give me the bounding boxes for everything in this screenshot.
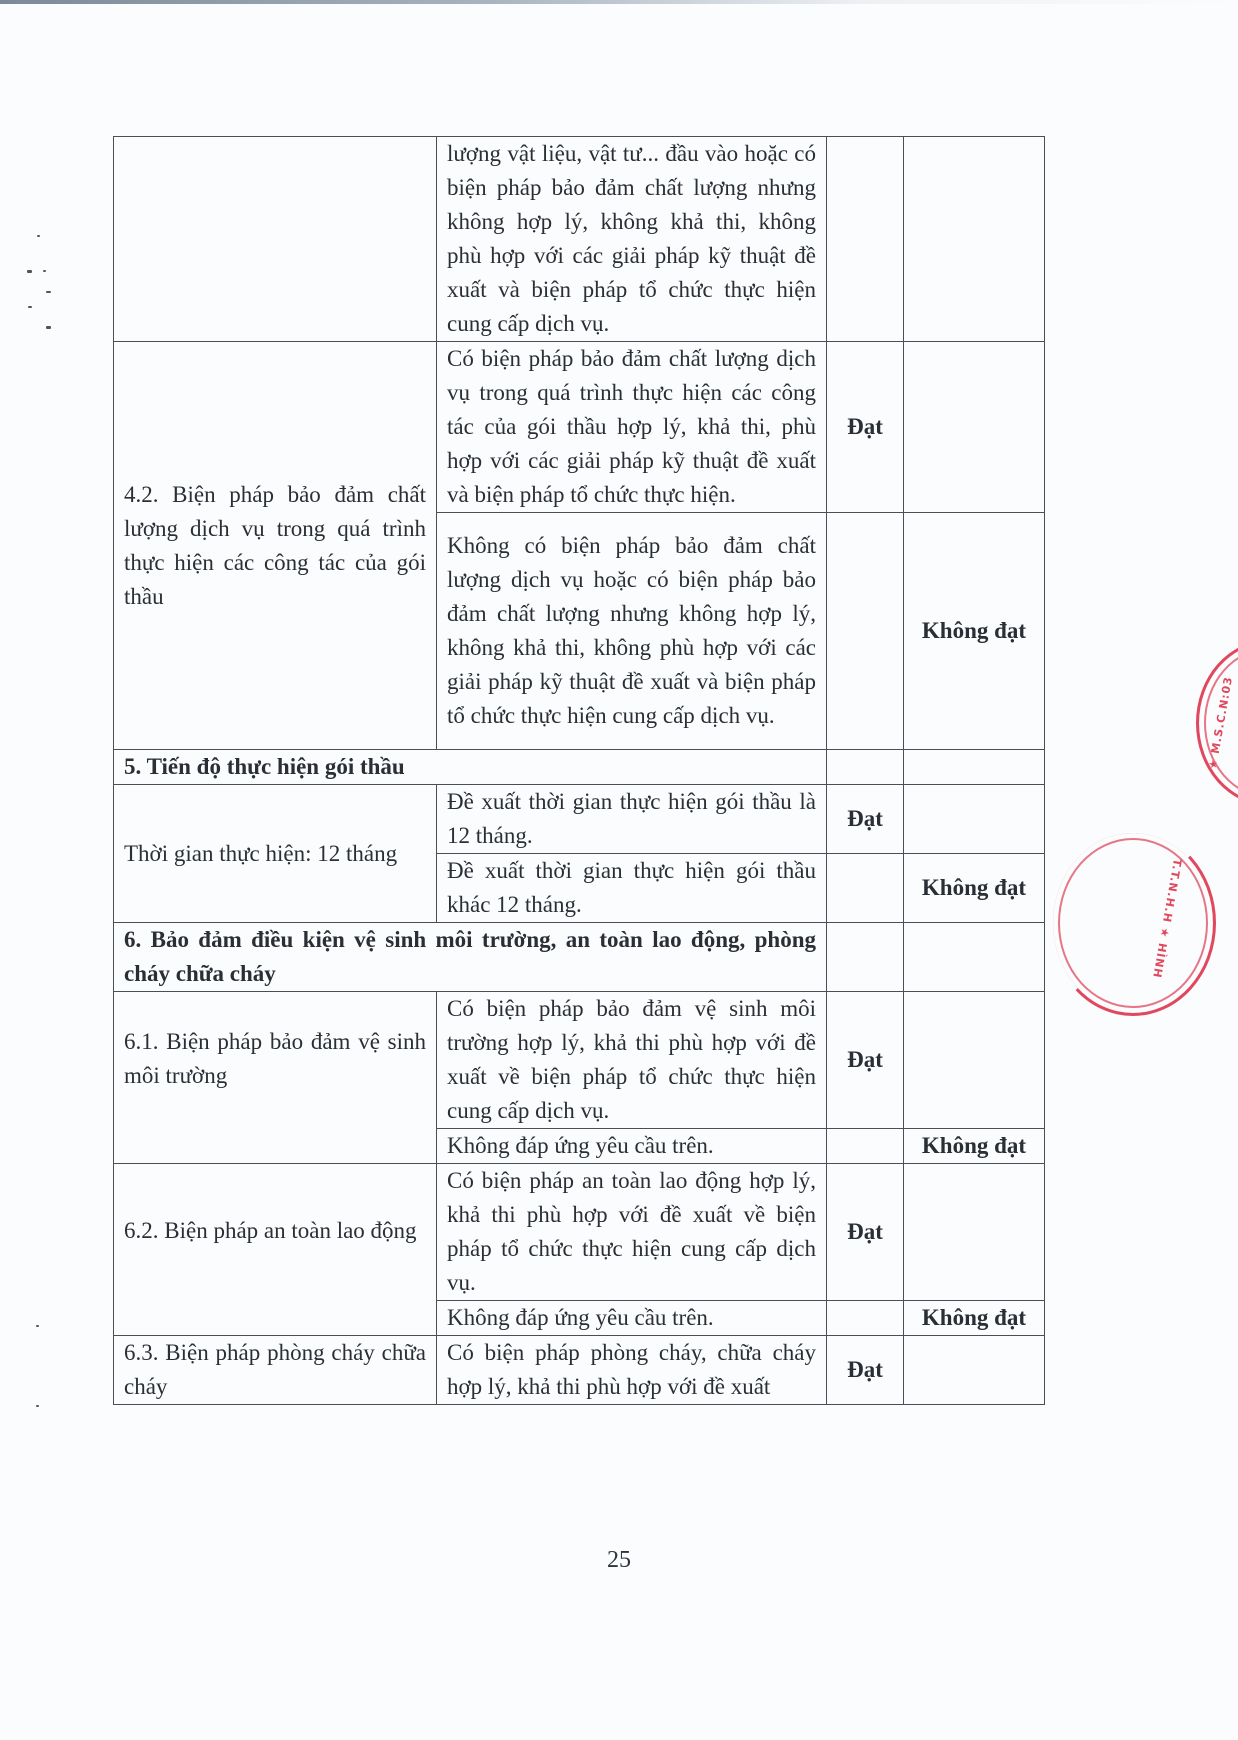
pass-cell: Đạt [827, 1164, 904, 1301]
pass-cell [827, 1301, 904, 1336]
pass-cell: Đạt [827, 785, 904, 854]
pass-cell [827, 513, 904, 750]
fail-cell [904, 342, 1045, 513]
requirement-cell: Không đáp ứng yêu cầu trên. [437, 1301, 827, 1336]
scan-speck [46, 326, 51, 329]
fail-cell [904, 923, 1045, 992]
fail-cell [904, 992, 1045, 1129]
fail-cell [904, 1164, 1045, 1301]
criterion-cell: Thời gian thực hiện: 12 tháng [114, 785, 437, 923]
pass-cell: Đạt [827, 342, 904, 513]
pass-cell [827, 137, 904, 342]
table-row: 6.2. Biện pháp an toàn lao động Có biện … [114, 1164, 1045, 1301]
pass-cell: Đạt [827, 992, 904, 1129]
section-heading-row: 6. Bảo đảm điều kiện vệ sinh môi trường,… [114, 923, 1045, 992]
table-row: 6.1. Biện pháp bảo đảm vệ sinh môi trườn… [114, 992, 1045, 1129]
requirement-cell: Có biện pháp bảo đảm vệ sinh môi trường … [437, 992, 827, 1129]
evaluation-table: lượng vật liệu, vật tư... đầu vào hoặc c… [113, 136, 1045, 1405]
table-row: 6.3. Biện pháp phòng cháy chữa cháy Có b… [114, 1336, 1045, 1405]
fail-cell [904, 785, 1045, 854]
requirement-cell: Có biện pháp phòng cháy, chữa cháy hợp l… [437, 1336, 827, 1405]
scan-speck [36, 1405, 39, 1407]
scan-speck [46, 291, 51, 293]
fail-cell [904, 137, 1045, 342]
table-row: Thời gian thực hiện: 12 tháng Đề xuất th… [114, 785, 1045, 854]
requirement-cell: Đề xuất thời gian thực hiện gói thầu khá… [437, 854, 827, 923]
section-heading-row: 5. Tiến độ thực hiện gói thầu [114, 750, 1045, 785]
scan-speck [36, 1325, 39, 1327]
scan-speck [43, 270, 46, 272]
section-heading: 5. Tiến độ thực hiện gói thầu [114, 750, 827, 785]
pass-cell [827, 854, 904, 923]
criterion-cell: 6.1. Biện pháp bảo đảm vệ sinh môi trườn… [114, 992, 437, 1164]
pass-cell [827, 1129, 904, 1164]
pass-cell [827, 750, 904, 785]
scan-speck [37, 235, 40, 237]
section-heading: 6. Bảo đảm điều kiện vệ sinh môi trường,… [114, 923, 827, 992]
scan-speck [27, 270, 32, 273]
fail-cell: Không đạt [904, 854, 1045, 923]
requirement-cell: Có biện pháp an toàn lao động hợp lý, kh… [437, 1164, 827, 1301]
company-stamp-lower [1050, 830, 1216, 1016]
scan-edge [0, 0, 1238, 4]
scan-speck [28, 306, 32, 308]
fail-cell: Không đạt [904, 1129, 1045, 1164]
requirement-cell: lượng vật liệu, vật tư... đầu vào hoặc c… [437, 137, 827, 342]
table-row: 4.2. Biện pháp bảo đảm chất lượng dịch v… [114, 342, 1045, 513]
pass-cell: Đạt [827, 1336, 904, 1405]
requirement-cell: Không có biện pháp bảo đảm chất lượng dị… [437, 513, 827, 750]
fail-cell [904, 1336, 1045, 1405]
criterion-cell [114, 137, 437, 342]
fail-cell: Không đạt [904, 513, 1045, 750]
page-number: 25 [0, 1547, 1238, 1574]
requirement-cell: Có biện pháp bảo đảm chất lượng dịch vụ … [437, 342, 827, 513]
criterion-cell: 6.3. Biện pháp phòng cháy chữa cháy [114, 1336, 437, 1405]
table-row: lượng vật liệu, vật tư... đầu vào hoặc c… [114, 137, 1045, 342]
criterion-cell: 4.2. Biện pháp bảo đảm chất lượng dịch v… [114, 342, 437, 750]
criterion-cell: 6.2. Biện pháp an toàn lao động [114, 1164, 437, 1336]
pass-cell [827, 923, 904, 992]
fail-cell [904, 750, 1045, 785]
requirement-cell: Không đáp ứng yêu cầu trên. [437, 1129, 827, 1164]
requirement-cell: Đề xuất thời gian thực hiện gói thầu là … [437, 785, 827, 854]
fail-cell: Không đạt [904, 1301, 1045, 1336]
